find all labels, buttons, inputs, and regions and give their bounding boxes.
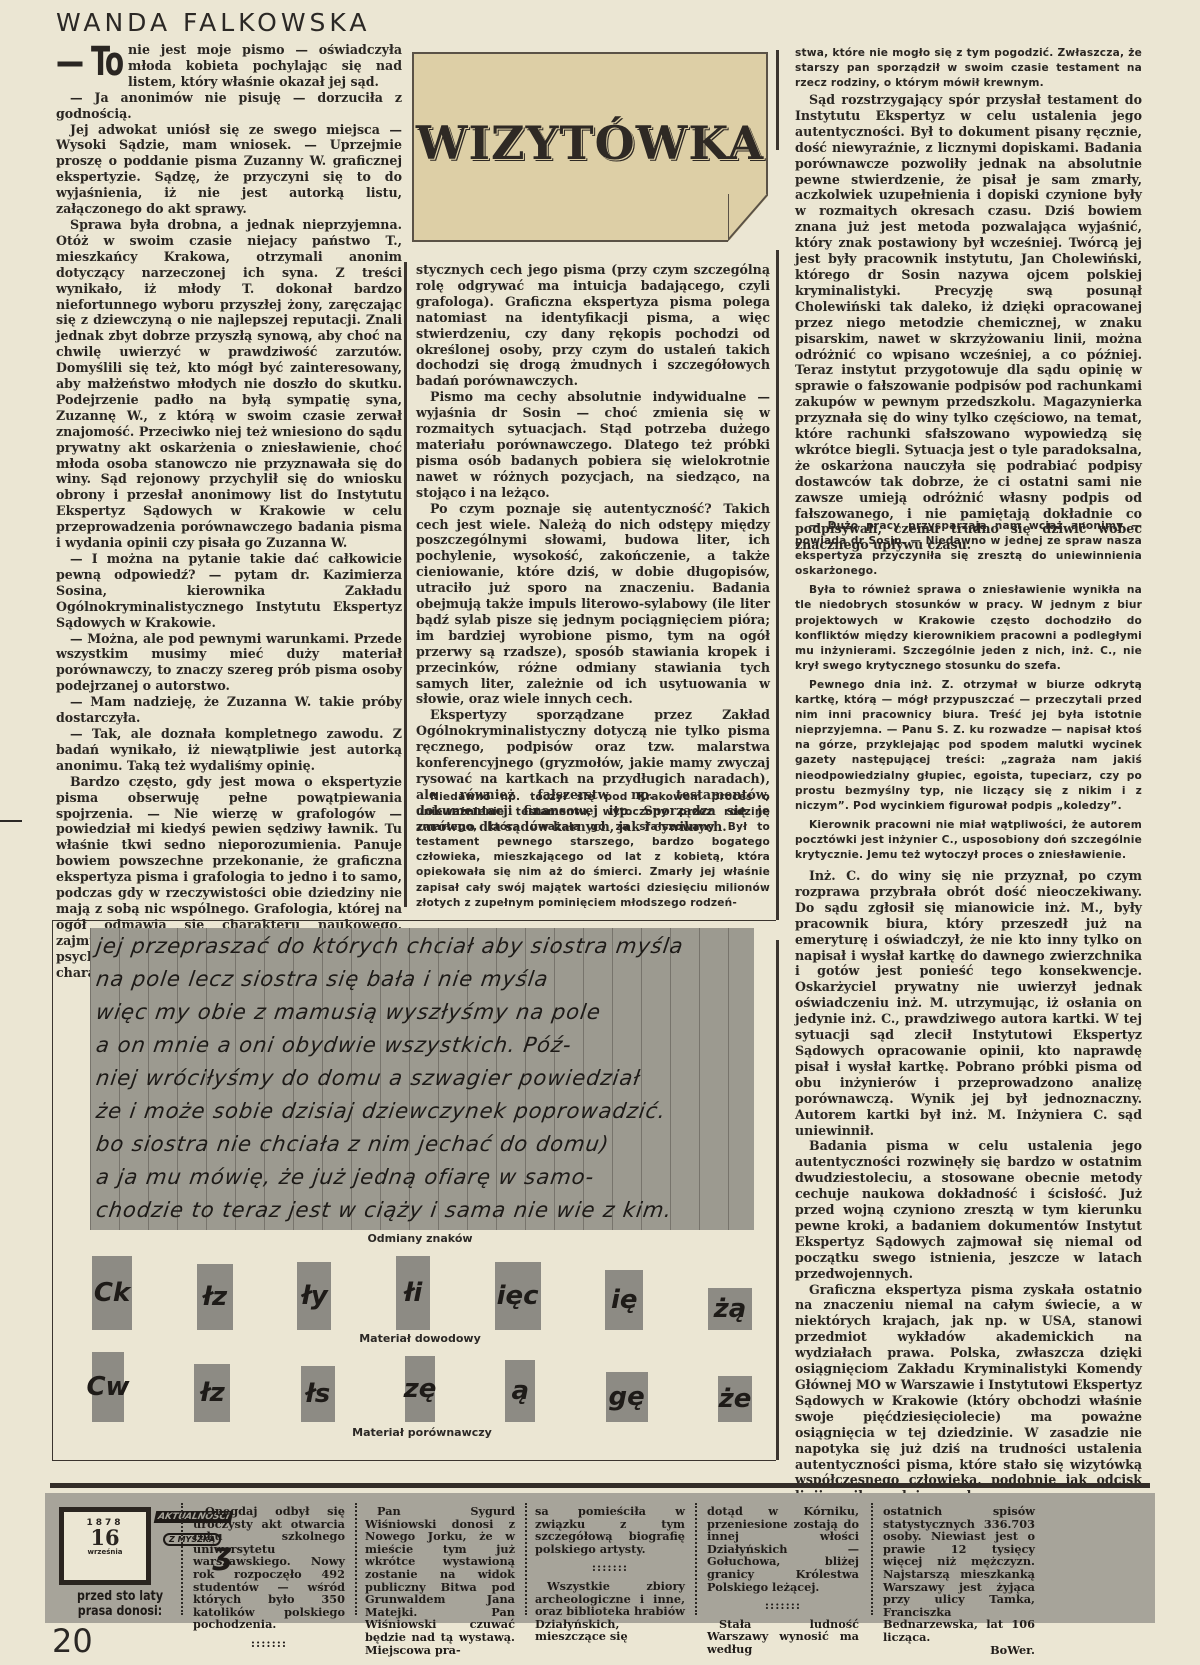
paragraph: — Ja anonimów nie pisuję — dorzuciła z g… (56, 90, 402, 122)
paragraph: Badania pisma w celu ustalenia jego aute… (795, 1138, 1142, 1281)
date-box: 1878 16 września (59, 1507, 151, 1585)
news-item: Pan Sygurd Wiśniowski donosi z Nowego Jo… (365, 1505, 515, 1656)
article-column-3-small-mid: — Dużo pracy przysparzają nam wciąż anon… (795, 519, 1142, 863)
title-card: WIZYTÓWKA (412, 52, 768, 242)
section-rule (50, 1483, 1150, 1488)
paragraph: Sąd rozstrzygający spór przysłał testame… (795, 92, 1142, 553)
paragraph: stwa, które nie mogło się z tym pogodzić… (795, 46, 1142, 91)
paragraph: Niedawno np. toczył się pod Krakowem pro… (416, 790, 770, 911)
caption-evidence: Materiał dowodowy (90, 1332, 750, 1345)
article-column-3b: Inż. C. do winy się nie przyznał, po czy… (795, 868, 1142, 1519)
handwriting-line: niej wróciłyśmy do domu a szwagier powie… (94, 1066, 750, 1094)
handwriting-line: chodzie to teraz jest w ciąży i sama nie… (94, 1198, 750, 1226)
handwriting-line: a on mnie a oni obydwie wszystkich. Póź- (94, 1033, 750, 1061)
handwriting-line: a ja mu mówię, że już jedną ofiarę w sam… (94, 1165, 750, 1193)
article-column-3-small-top: stwa, które nie mogło się z tym pogodzić… (795, 46, 1142, 91)
handwriting-sample: jej przepraszać do których chciał aby si… (90, 928, 754, 1230)
handwriting-line: że i może sobie dzisiaj dziewczynek popr… (94, 1099, 750, 1127)
news-item: Onegdaj odbył się uroczysty akt otwarcia… (193, 1505, 345, 1631)
glyph-sample: gę (606, 1372, 648, 1422)
handwriting-line: jej przepraszać do których chciał aby si… (94, 934, 750, 962)
comparison-glyph-row: Cw łz łs zę ą gę że (90, 1352, 754, 1422)
paragraph: stycznych cech jego pisma (przy czym szc… (416, 262, 770, 389)
article-column-3a: Sąd rozstrzygający spór przysłał testame… (795, 92, 1142, 553)
separator: ::::::: (707, 1599, 859, 1612)
comparison-figure: Cw łz łs zę ą gę że Materiał porównawczy (90, 1352, 754, 1439)
glyph-sample: ły (297, 1262, 331, 1330)
glyph-sample: ą (505, 1360, 535, 1422)
paragraph: Kierownik pracowni nie miał wątpliwości,… (795, 818, 1142, 863)
article-column-1: — To nie jest moje pismo — oświadczyła m… (56, 42, 402, 980)
news-cell: dotąd w Kórniku, przeniesione zostają do… (707, 1505, 859, 1656)
glyph-sample: że (718, 1376, 752, 1422)
glyph-sample: zę (405, 1356, 435, 1422)
box-heading: przed sto laty prasa donosi: (73, 1589, 167, 1619)
date-day: 16 (64, 1528, 146, 1548)
glyph-sample: Cw (92, 1352, 124, 1422)
column-rule (776, 250, 779, 920)
news-item: sa pomieściła w związku z tym szczegółow… (535, 1505, 685, 1555)
separator: ::::::: (193, 1637, 345, 1650)
historical-news-box: 1878 16 września AKTUALNOŚCI Z MYSZKĄ ʒ … (45, 1493, 1155, 1623)
glyph-sample: Ck (92, 1256, 132, 1330)
glyph-sample: ię (605, 1270, 643, 1330)
paragraph: Pismo ma cechy absolutnie indywidualne —… (416, 389, 770, 500)
glyph-sample: łi (396, 1256, 430, 1330)
paragraph: — I można na pytanie takie dać całkowici… (56, 551, 402, 631)
paragraph: — Mam nadzieję, że Zuzanna W. takie prób… (56, 694, 402, 726)
column-rule (776, 940, 779, 1460)
news-cell: ostatnich spisów statystycznych 336.703 … (883, 1505, 1035, 1656)
news-cell: Pan Sygurd Wiśniowski donosi z Nowego Jo… (365, 1505, 515, 1656)
dotted-divider (871, 1503, 873, 1615)
news-item: Wszystkie zbiory archeologiczne i inne, … (535, 1580, 685, 1643)
handwriting-line: więc my obie z mamusią wyszłyśmy na pole (94, 1000, 750, 1028)
news-item: ostatnich spisów statystycznych 336.703 … (883, 1505, 1035, 1644)
paragraph: Sprawa była drobna, a jednak nieprzyjemn… (56, 217, 402, 551)
paragraph: Po czym poznaje się autentyczność? Takic… (416, 501, 770, 708)
article-title: WIZYTÓWKA (414, 116, 766, 170)
news-cell: Onegdaj odbył się uroczysty akt otwarcia… (193, 1505, 345, 1656)
column-rule (776, 50, 779, 150)
drop-cap: — To (56, 42, 106, 90)
author-byline: WANDA FALKOWSKA (56, 8, 370, 37)
separator: ::::::: (535, 1561, 685, 1574)
figure-top-rule (52, 920, 776, 921)
news-cell: sa pomieściła w związku z tym szczegółow… (535, 1505, 685, 1643)
lead-text: nie jest moje pismo — oświadczyła młoda … (128, 42, 402, 90)
column-rule (404, 262, 407, 907)
article-column-2: stycznych cech jego pisma (przy czym szc… (416, 262, 770, 835)
figure-frame (52, 920, 53, 1460)
caption-comparison: Materiał porównawczy (90, 1426, 754, 1439)
article-column-2-small: Niedawno np. toczył się pod Krakowem pro… (416, 790, 770, 911)
paragraph: Jej adwokat uniósł się ze swego miejsca … (56, 122, 402, 217)
lead-paragraph: — To nie jest moje pismo — oświadczyła m… (56, 42, 402, 90)
caption-variants: Odmiany znaków (90, 1232, 750, 1245)
handwriting-figure: jej przepraszać do których chciał aby si… (90, 928, 750, 1408)
glyph-sample: żą (708, 1288, 752, 1330)
paragraph: Graficzna ekspertyza pisma zyskała ostat… (795, 1282, 1142, 1505)
margin-mark (0, 820, 22, 822)
handwriting-line: bo siostra nie chciała z nim jechać do d… (94, 1132, 750, 1160)
paragraph: Była to również sprawa o zniesławienie w… (795, 583, 1142, 674)
evidence-glyph-row: Ck łz ły łi ięc ię żą (90, 1250, 754, 1330)
paragraph: — Dużo pracy przysparzają nam wciąż anon… (795, 519, 1142, 579)
glyph-sample: ięc (495, 1262, 541, 1330)
figure-bottom-rule (52, 1460, 776, 1461)
paragraph: — Można, ale pod pewnymi warunkami. Prze… (56, 631, 402, 695)
folded-corner-icon (728, 194, 768, 242)
paragraph: Inż. C. do winy się nie przyznał, po czy… (795, 868, 1142, 1138)
dotted-divider (695, 1503, 697, 1615)
paragraph: Pewnego dnia inż. Z. otrzymał w biurze o… (795, 678, 1142, 814)
page-number: 20 (52, 1622, 93, 1660)
dotted-divider (355, 1503, 357, 1615)
paragraph: — Tak, ale doznała kompletnego zawodu. Z… (56, 726, 402, 774)
date-month: września (64, 1548, 146, 1556)
dotted-divider (525, 1503, 527, 1615)
handwriting-line: na pole lecz siostra się bała i nie myśl… (94, 967, 750, 995)
glyph-sample: łz (194, 1364, 230, 1422)
glyph-sample: łs (301, 1366, 335, 1422)
dotted-divider (181, 1503, 183, 1615)
signature: BoWer. (883, 1644, 1035, 1657)
glyph-sample: łz (197, 1264, 233, 1330)
news-item: Stała ludność Warszawy wynosić ma według (707, 1618, 859, 1656)
news-item: dotąd w Kórniku, przeniesione zostają do… (707, 1505, 859, 1593)
